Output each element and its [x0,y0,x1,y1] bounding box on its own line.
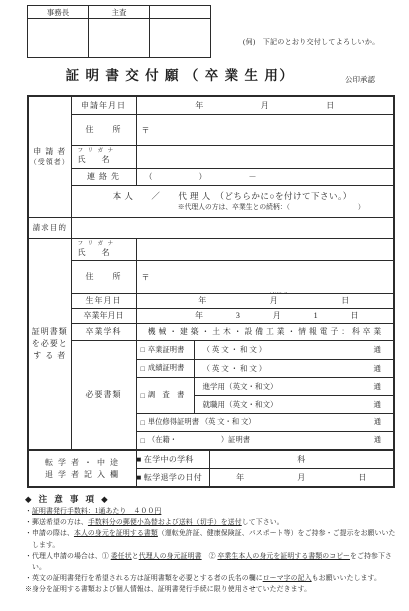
applicant-section-label: 申 請 者 （受領者） [28,96,71,217]
graduate-section-label: 証明書類 を必要と す る 者 [28,238,71,450]
checkbox-graduation-certificate-icon: □ [141,345,145,354]
graduation-date-label: 卒業年月日 [71,308,136,323]
postal-mark: 〒 [137,270,394,283]
transfer-section-label: 転 学 者 ・ 中 途 退 学 者 記 入 欄 [28,450,136,487]
note-identification: ・申請の際は、本人の身元を証明する書類（運転免許証、健康保険証、パスポート等）を… [25,528,397,550]
approval-header-chief-examiner: 主査 [89,6,150,19]
doc-other-certificate: □ （在籍・ ）証明書 通 [136,431,394,450]
graduate-address-label: 住 所 [71,260,136,293]
official-seal-approval-label: 公印承認 [345,74,375,85]
doc-credit-certificate: □ 単位修得証明書 （英 文・和 文） 通 [136,413,394,431]
notes-section: ◆ 注 意 事 項 ◆ ・証明書発行手数料：1通あたり ４００円 ・郵送希望の方… [25,493,397,596]
applicant-contact-label: 連 絡 先 [71,168,136,185]
checkbox-survey-report-icon: □ [141,391,145,400]
postal-mark: 〒 [137,123,394,136]
transfer-date-field: 年 月 日 [209,468,394,487]
copies-unit: 通 [374,344,382,355]
checkbox-other-certificate-icon: □ [141,436,145,445]
department-label: 卒業学科 [71,323,136,340]
graduation-day-value: 1 [314,311,318,320]
checkbox-transcript-icon: □ [141,364,145,373]
birth-date-label: 生年月日 [71,293,136,308]
doc-transcript-detail: （ 英 文 ・ 和 文 ） 通 [194,359,394,377]
copies-unit: 通 [374,435,381,445]
checkbox-credit-certificate-icon: □ [141,418,145,427]
note-proxy: ・代理人申請の場合は、① 委任状と代理人の身元証明書 ② 卒業生本人の身元を証明… [25,551,397,573]
notes-heading: ◆ 注 意 事 項 ◆ [25,493,397,505]
copies-unit: 通 [374,363,382,374]
graduate-name-label: フ リ ガ ナ 氏 名 [71,238,136,260]
approval-stamp-cell-3 [150,19,211,58]
birth-date-field: 年 月 日 [136,293,394,308]
copies-unit: 通 [374,399,382,410]
required-documents-label: 必要書類 [71,340,136,450]
purpose-field [71,217,394,238]
applicant-address-label: 住 所 [71,114,136,145]
application-date-label: 申請年月日 [71,96,136,114]
applicant-name-label: フ リ ガ ナ 氏 名 [71,145,136,168]
form-title: 証 明 書 交 付 願 （ 卒 業 生 用） [0,64,360,84]
approval-stamp-table: 事務長 主査 [27,5,211,58]
graduate-name-field [136,238,394,260]
copies-unit: 通 [374,417,381,427]
applicant-contact-field: （ ） － [136,168,394,185]
department-options: 機 械 ・ 建 築 ・ 土 木 ・ 設 備 工 業 ・ 情 報 電 子 ： 科 … [136,323,394,340]
doc-survey-report-detail-employment: 就職用（英文・和文） 通 [194,395,394,413]
note-privacy: ※身分を証明する書類および個人情報は、証明書発行手続に限り使用させていただきます… [25,584,397,595]
current-department-field: 科 [209,450,394,468]
current-department-label: ■ 在学中の学科 [136,450,209,468]
note-english: ・英文の証明書発行を希望される方は証明書類を必要とする者の氏名の欄にローマ字の記… [25,573,397,584]
doc-survey-report: □ 調 査 書 [136,377,194,413]
graduation-date-field: 年 3 月 1 日 [136,308,394,323]
graduation-month-value: 3 [236,311,240,320]
certificate-application-form: 事務長 主査 (伺) 下記のとおり交付してよろしいか。 証 明 書 交 付 願 … [0,0,409,611]
inquiry-text: (伺) 下記のとおり交付してよろしいか。 [243,37,379,47]
application-date-field: 年 月 日 [136,96,394,114]
doc-graduation-certificate-detail: （ 英 文 ・ 和 文 ） 通 [194,340,394,359]
purpose-label: 請求目的 [28,217,71,238]
note-mail: ・郵送希望の方は、手数料分の郵便小為替および送料（切手）を送付して下さい。 [25,517,397,528]
approval-stamp-cell-1 [28,19,89,58]
main-form-table: 申 請 者 （受領者） 申請年月日 年 月 日 住 所 〒 フ リ ガ ナ [27,95,395,488]
graduate-address-field: 〒 連絡先： [136,260,394,293]
approval-stamp-cell-2 [89,19,150,58]
note-fee: ・証明書発行手数料：1通あたり ４００円 [25,506,397,517]
transfer-date-label: ■ 転学退学の日付 [136,468,209,487]
doc-transcript: □ 成績証明書 [136,359,194,377]
approval-header-empty [150,6,211,19]
doc-survey-report-detail-academic: 進学用（英文・和文） 通 [194,377,394,395]
doc-graduation-certificate: □ 卒業証明書 [136,340,194,359]
self-or-proxy-field: 本 人 ／ 代 理 人 （どちらかに○を付けて下さい。） ※代理人の方は、卒業生… [71,185,394,217]
copies-unit: 通 [374,381,382,392]
applicant-address-field: 〒 [136,114,394,145]
applicant-name-field [136,145,394,168]
approval-header-office-chief: 事務長 [28,6,89,19]
